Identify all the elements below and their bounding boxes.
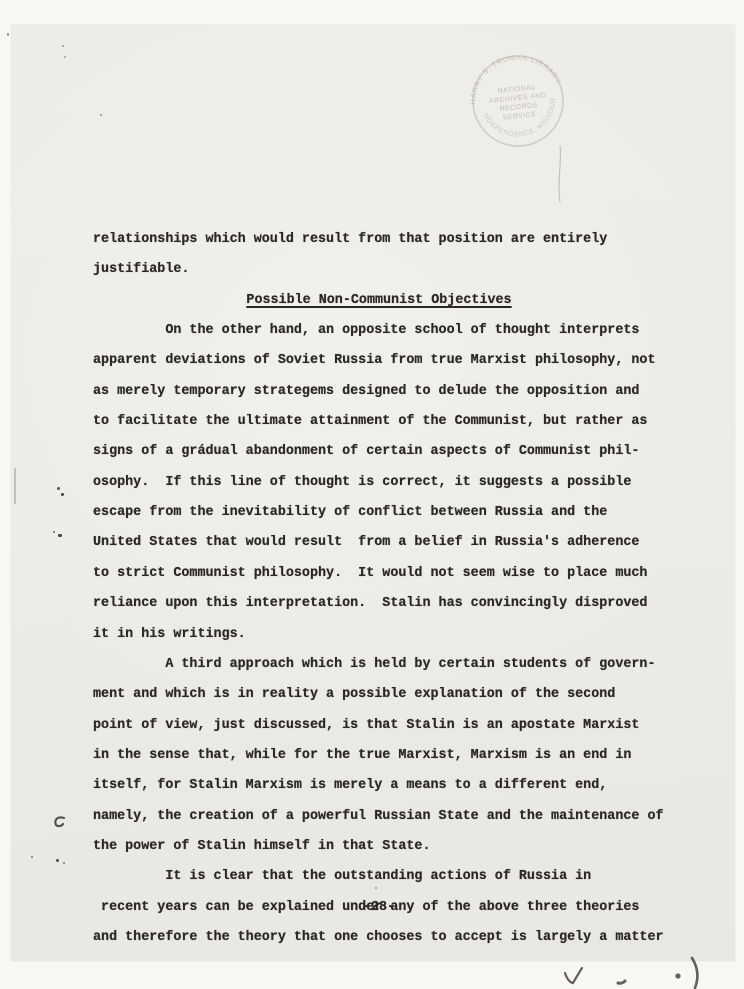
document-line: as merely temporary strategems designed … — [93, 377, 665, 407]
document-line: it in his writings. — [93, 620, 665, 650]
document-line: point of view, just discussed, is that S… — [93, 711, 665, 741]
line-text: justifiable. — [93, 262, 189, 277]
document-line: namely, the creation of a powerful Russi… — [93, 802, 665, 832]
line-text: it in his writings. — [93, 627, 246, 642]
line-text: It is clear that the outstanding actions… — [93, 869, 591, 884]
paper-speck — [58, 534, 62, 537]
paper-speck — [63, 862, 65, 864]
line-text: apparent deviations of Soviet Russia fro… — [93, 353, 656, 368]
line-text: reliance upon this interpretation. Stali… — [93, 596, 647, 611]
paper-speck — [61, 493, 64, 496]
document-line: relationships which would result from th… — [93, 225, 665, 255]
document-line: and therefore the theory that one choose… — [93, 923, 665, 953]
document-line: Possible Non-Communist Objectives — [93, 286, 665, 316]
document-text-block: relationships which would result from th… — [93, 134, 665, 953]
stamp-center-line: SERVICE — [502, 111, 536, 122]
line-text: ment and which is in reality a possible … — [93, 687, 615, 702]
document-line: osophy. If this line of thought is corre… — [93, 468, 665, 498]
paper-speck — [375, 887, 377, 889]
paper-speck — [57, 487, 60, 490]
paper-speck — [31, 856, 33, 858]
paper-speck — [53, 531, 55, 533]
document-line: reliance upon this interpretation. Stali… — [93, 589, 665, 619]
ink-blot-mark — [52, 816, 68, 828]
paper-speck — [62, 45, 64, 47]
document-line: escape from the inevitability of conflic… — [93, 498, 665, 528]
line-text: On the other hand, an opposite school of… — [93, 323, 639, 338]
document-line: in the sense that, while for the true Ma… — [93, 741, 665, 771]
line-text: as merely temporary strategems designed … — [93, 384, 639, 399]
line-text: namely, the creation of a powerful Russi… — [93, 809, 664, 824]
line-text: itself, for Stalin Marxism is merely a m… — [93, 778, 607, 793]
scan-streak — [14, 468, 16, 504]
document-line: itself, for Stalin Marxism is merely a m… — [93, 771, 665, 801]
document-line: apparent deviations of Soviet Russia fro… — [93, 346, 665, 376]
line-text: to strict Communist philosophy. It would… — [93, 566, 647, 581]
page-number: -28- — [93, 900, 665, 915]
paper-speck — [64, 56, 66, 58]
document-line: to facilitate the ultimate attainment of… — [93, 407, 665, 437]
document-line: ment and which is in reality a possible … — [93, 680, 665, 710]
line-text: United States that would result from a b… — [93, 535, 639, 550]
document-line: to strict Communist philosophy. It would… — [93, 559, 665, 589]
line-text: point of view, just discussed, is that S… — [93, 718, 639, 733]
document-line: A third approach which is held by certai… — [93, 650, 665, 680]
document-line: justifiable. — [93, 255, 665, 285]
document-line: the power of Stalin himself in that Stat… — [93, 832, 665, 862]
document-line: It is clear that the outstanding actions… — [93, 862, 665, 892]
line-text: in the sense that, while for the true Ma… — [93, 748, 631, 763]
paper-speck — [56, 859, 59, 862]
line-text: the power of Stalin himself in that Stat… — [93, 839, 431, 854]
line-text: Possible Non-Communist Objectives — [246, 293, 511, 308]
line-text: signs of a grádual abandonment of certai… — [93, 444, 639, 459]
line-text: A third approach which is held by certai… — [93, 657, 656, 672]
paper-speck — [100, 114, 102, 116]
line-text: escape from the inevitability of conflic… — [93, 505, 607, 520]
scanned-document: HARRY S. TRUMAN LIBRARY INDEPENDENCE, MI… — [0, 0, 744, 989]
line-text: relationships which would result from th… — [93, 232, 607, 247]
document-page: HARRY S. TRUMAN LIBRARY INDEPENDENCE, MI… — [11, 25, 735, 961]
pencil-marks — [550, 952, 720, 989]
document-line: signs of a grádual abandonment of certai… — [93, 437, 665, 467]
line-text: and therefore the theory that one choose… — [93, 930, 664, 945]
line-text: osophy. If this line of thought is corre… — [93, 475, 631, 490]
paper-speck — [7, 33, 9, 36]
document-line: On the other hand, an opposite school of… — [93, 316, 665, 346]
line-text: to facilitate the ultimate attainment of… — [93, 414, 647, 429]
document-line: United States that would result from a b… — [93, 528, 665, 558]
